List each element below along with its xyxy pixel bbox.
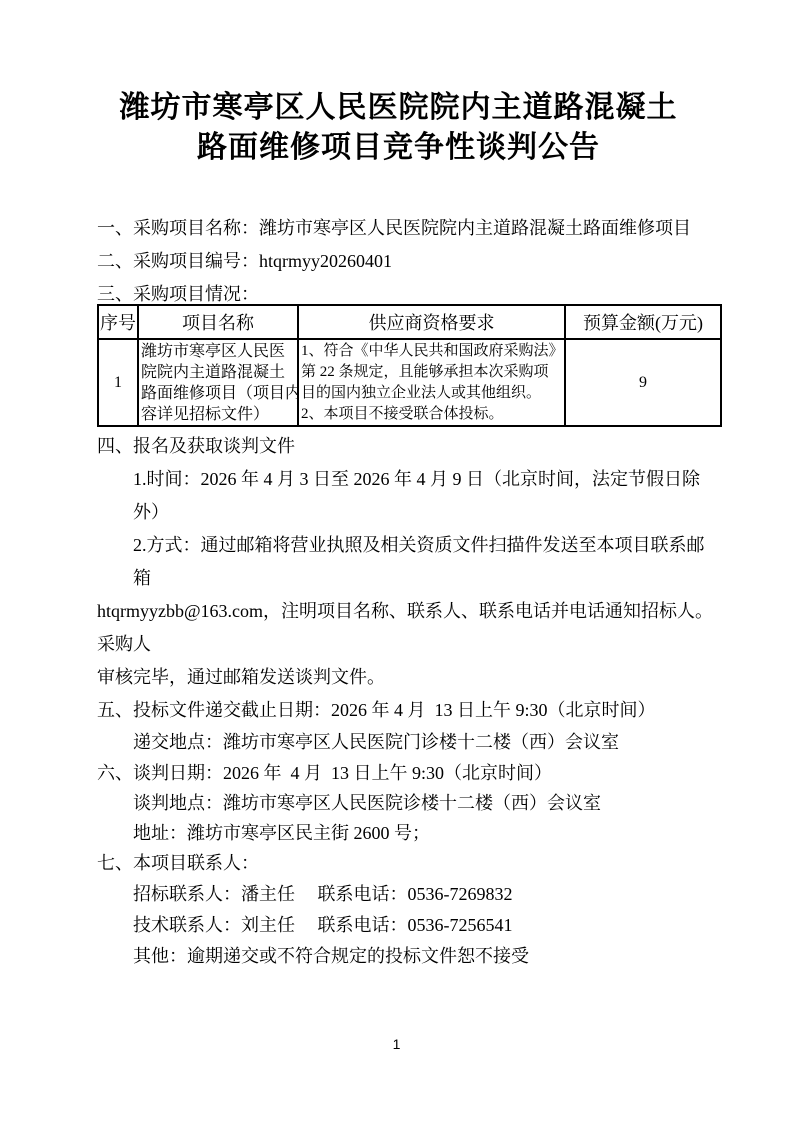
- title-line-1: 潍坊市寒亭区人民医院院内主道路混凝土: [97, 88, 700, 128]
- table-row: 1 潍坊市寒亭区人民医 院院内主道路混凝土 路面维修项目（项目内 容详见招标文件…: [98, 339, 721, 426]
- section-4-heading: 四、报名及获取谈判文件: [97, 430, 720, 463]
- project-name-line: 院院内主道路混凝土: [141, 362, 297, 383]
- header-budget-amount: 预算金额(万元): [565, 305, 721, 339]
- title-line-2: 路面维修项目竞争性谈判公告: [97, 128, 700, 168]
- section-6-place: 谈判地点：潍坊市寒亭区人民医院诊楼十二楼（西）会议室: [97, 788, 720, 818]
- page-number: 1: [0, 1036, 793, 1052]
- document-content: 潍坊市寒亭区人民医院院内主道路混凝土 路面维修项目竞争性谈判公告 一、采购项目名…: [0, 0, 793, 972]
- cell-project-name: 潍坊市寒亭区人民医 院院内主道路混凝土 路面维修项目（项目内 容详见招标文件）: [138, 339, 298, 426]
- section-4-method-line-1: 2.方式：通过邮箱将营业执照及相关资质文件扫描件发送至本项目联系邮箱: [97, 529, 720, 595]
- section-6-date: 六、谈判日期：2026 年 4 月 13 日上午 9:30（北京时间）: [97, 758, 720, 788]
- project-info-table: 序号 项目名称 供应商资格要求 预算金额(万元) 1 潍坊市寒亭区人民医 院院内…: [97, 304, 722, 427]
- section-4-method-line-3: 审核完毕，通过邮箱发送谈判文件。: [97, 661, 720, 694]
- section-4-time: 1.时间：2026 年 4 月 3 日至 2026 年 4 月 9 日（北京时间…: [97, 463, 720, 529]
- section-5-place: 递交地点：潍坊市寒亭区人民医院门诊楼十二楼（西）会议室: [97, 726, 720, 758]
- header-supplier-requirements: 供应商资格要求: [298, 305, 565, 339]
- document-page: 潍坊市寒亭区人民医院院内主道路混凝土 路面维修项目竞争性谈判公告 一、采购项目名…: [0, 0, 793, 1122]
- project-name-line: 路面维修项目（项目内: [141, 383, 297, 404]
- table-header-row: 序号 项目名称 供应商资格要求 预算金额(万元): [98, 305, 721, 339]
- section-2-project-number: 二、采购项目编号：htqrmyy20260401: [97, 245, 720, 278]
- header-serial-number: 序号: [98, 305, 138, 339]
- project-name-line: 容详见招标文件）: [141, 404, 297, 425]
- section-7-tech-contact: 技术联系人：刘主任 联系电话：0536-7256541: [97, 910, 720, 941]
- cell-budget-amount: 9: [565, 339, 721, 426]
- section-7-other: 其他：逾期递交或不符合规定的投标文件恕不接受: [97, 941, 720, 972]
- project-name-line: 潍坊市寒亭区人民医: [141, 341, 297, 362]
- section-5-deadline: 五、投标文件递交截止日期：2026 年 4 月 13 日上午 9:30（北京时间…: [97, 694, 720, 726]
- table-body: 1 潍坊市寒亭区人民医 院院内主道路混凝土 路面维修项目（项目内 容详见招标文件…: [98, 339, 721, 426]
- requirement-line: 1、符合《中华人民共和国政府采购法》: [301, 341, 564, 362]
- section-7-heading: 七、本项目联系人：: [97, 848, 720, 879]
- cell-supplier-requirements: 1、符合《中华人民共和国政府采购法》 第 22 条规定，且能够承担本次采购项 目…: [298, 339, 565, 426]
- section-6-address: 地址：潍坊市寒亭区民主街 2600 号；: [97, 818, 720, 848]
- document-title: 潍坊市寒亭区人民医院院内主道路混凝土 路面维修项目竞争性谈判公告: [97, 0, 720, 168]
- requirement-line: 第 22 条规定，且能够承担本次采购项: [301, 362, 564, 383]
- section-4-method-line-2: htqrmyyzbb@163.com，注明项目名称、联系人、联系电话并电话通知招…: [97, 595, 720, 661]
- section-1-project-name: 一、采购项目名称：潍坊市寒亭区人民医院院内主道路混凝土路面维修项目: [97, 212, 720, 245]
- requirement-line: 2、本项目不接受联合体投标。: [301, 404, 564, 425]
- table-header: 序号 项目名称 供应商资格要求 预算金额(万元): [98, 305, 721, 339]
- requirement-line: 目的国内独立企业法人或其他组织。: [301, 383, 564, 404]
- cell-serial-number: 1: [98, 339, 138, 426]
- section-7-bid-contact: 招标联系人：潘主任 联系电话：0536-7269832: [97, 879, 720, 910]
